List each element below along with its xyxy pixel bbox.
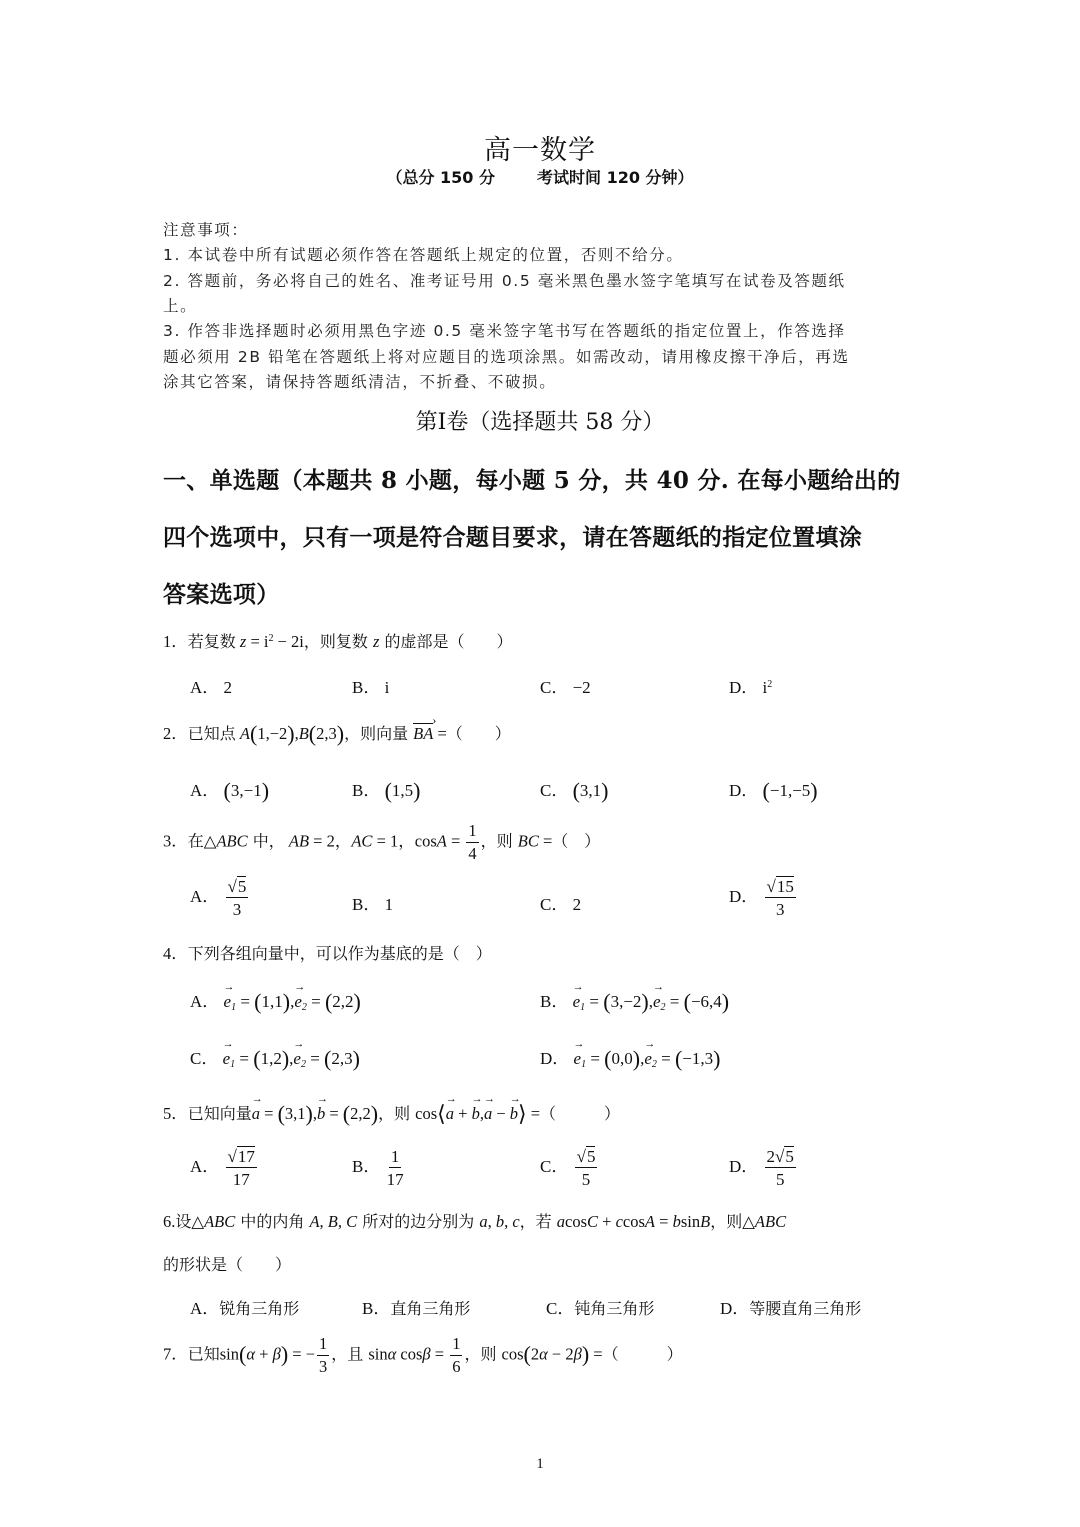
notice-line: 3. 作答非选择题时必须用黑色字迹 0.5 毫米签字笔书写在答题纸的指定位置上，… bbox=[163, 319, 846, 341]
question-7-stem: 7．已知sin(α + β) = −13，且 sinα cosβ = 16，则 … bbox=[163, 1336, 683, 1375]
exam-title: 高一数学 bbox=[0, 128, 1080, 167]
notice-line: 上。 bbox=[163, 294, 197, 316]
page-number: 1 bbox=[0, 1456, 1080, 1473]
question-2-stem: 2．已知点 A(1,−2),B(2,3)，则向量 BA =（ ） bbox=[163, 720, 511, 747]
question-1-option-a[interactable]: A． 2 bbox=[190, 673, 232, 698]
question-2-option-b[interactable]: B． (1,5) bbox=[352, 776, 421, 804]
question-3-option-d[interactable]: D． √153 bbox=[729, 878, 798, 918]
section-heading-line: 答案选项） bbox=[163, 576, 280, 609]
question-6-option-a[interactable]: A．锐角三角形 bbox=[190, 1294, 299, 1319]
question-4-option-b[interactable]: B． e1 = (3,−2),e2 = (−6,4) bbox=[540, 987, 729, 1015]
question-5-stem: 5．已知向量a = (3,1),b = (2,2)，则 cos⟨a + b,a … bbox=[163, 1100, 620, 1127]
question-4-option-a[interactable]: A． e1 = (1,1),e2 = (2,2) bbox=[190, 987, 361, 1015]
question-6-option-d[interactable]: D．等腰直角三角形 bbox=[720, 1294, 861, 1319]
notice-heading: 注意事项： bbox=[163, 218, 249, 240]
question-4-option-c[interactable]: C． e1 = (1,2),e2 = (2,3) bbox=[190, 1044, 360, 1072]
question-5-option-c[interactable]: C． √55 bbox=[540, 1148, 599, 1188]
notice-line: 2. 答题前，务必将自己的姓名、准考证号用 0.5 毫米黑色墨水签字笔填写在试卷… bbox=[163, 269, 846, 291]
question-3-option-b[interactable]: B． 1 bbox=[352, 890, 393, 915]
volume-title: 第Ⅰ卷（选择题共 58 分） bbox=[0, 405, 1080, 436]
question-3-stem: 3．在△ABC 中， AB = 2，AC = 1，cosA = 14，则 BC … bbox=[163, 823, 600, 862]
exam-subtitle: （总分 150 分考试时间 120 分钟） bbox=[0, 165, 1080, 188]
question-5-option-a[interactable]: A． √1717 bbox=[190, 1148, 259, 1188]
question-2-option-a[interactable]: A． (3,−1) bbox=[190, 776, 269, 804]
question-5-option-b[interactable]: B． 117 bbox=[352, 1148, 406, 1188]
question-6-stem-line2: 的形状是（ ） bbox=[163, 1252, 291, 1275]
question-1-math: z = i2 − 2i bbox=[240, 632, 304, 651]
section-heading-line: 四个选项中，只有一项是符合题目要求，请在答题纸的指定位置填涂 bbox=[163, 519, 862, 552]
question-1-option-d[interactable]: D． i2 bbox=[729, 673, 772, 698]
question-2-option-d[interactable]: D． (−1,−5) bbox=[729, 776, 818, 804]
exam-time: 考试时间 120 分钟） bbox=[537, 168, 694, 187]
question-2-option-c[interactable]: C． (3,1) bbox=[540, 776, 609, 804]
question-3-option-c[interactable]: C． 2 bbox=[540, 890, 581, 915]
notice-line: 1. 本试卷中所有试题必须作答在答题纸上规定的位置，否则不给分。 bbox=[163, 243, 683, 265]
question-3-option-a[interactable]: A． √53 bbox=[190, 878, 250, 918]
question-4-stem: 4．下列各组向量中，可以作为基底的是（ ） bbox=[163, 940, 492, 964]
question-4-option-d[interactable]: D． e1 = (0,0),e2 = (−1,3) bbox=[540, 1044, 720, 1072]
question-1-option-b[interactable]: B． i bbox=[352, 673, 389, 698]
question-6-option-b[interactable]: B．直角三角形 bbox=[362, 1294, 470, 1319]
notice-line: 涂其它答案，请保持答题纸清洁，不折叠、不破损。 bbox=[163, 370, 556, 392]
question-6-stem-line1: 6.设△ABC 中的内角 A, B, C 所对的边分别为 a, b, c，若 a… bbox=[163, 1209, 786, 1232]
question-1-option-c[interactable]: C． −2 bbox=[540, 673, 591, 698]
total-score: （总分 150 分 bbox=[386, 168, 495, 187]
section-heading-line: 一、单选题（本题共 8 小题，每小题 5 分，共 40 分. 在每小题给出的 bbox=[163, 462, 900, 495]
question-1-stem: 1．若复数 z = i2 − 2i，则复数 z 的虚部是（ ） bbox=[163, 628, 512, 652]
notice-line: 题必须用 2B 铅笔在答题纸上将对应题目的选项涂黑。如需改动，请用橡皮擦干净后，… bbox=[163, 345, 850, 367]
question-5-option-d[interactable]: D． 2√55 bbox=[729, 1148, 798, 1188]
question-6-option-c[interactable]: C．钝角三角形 bbox=[546, 1294, 654, 1319]
